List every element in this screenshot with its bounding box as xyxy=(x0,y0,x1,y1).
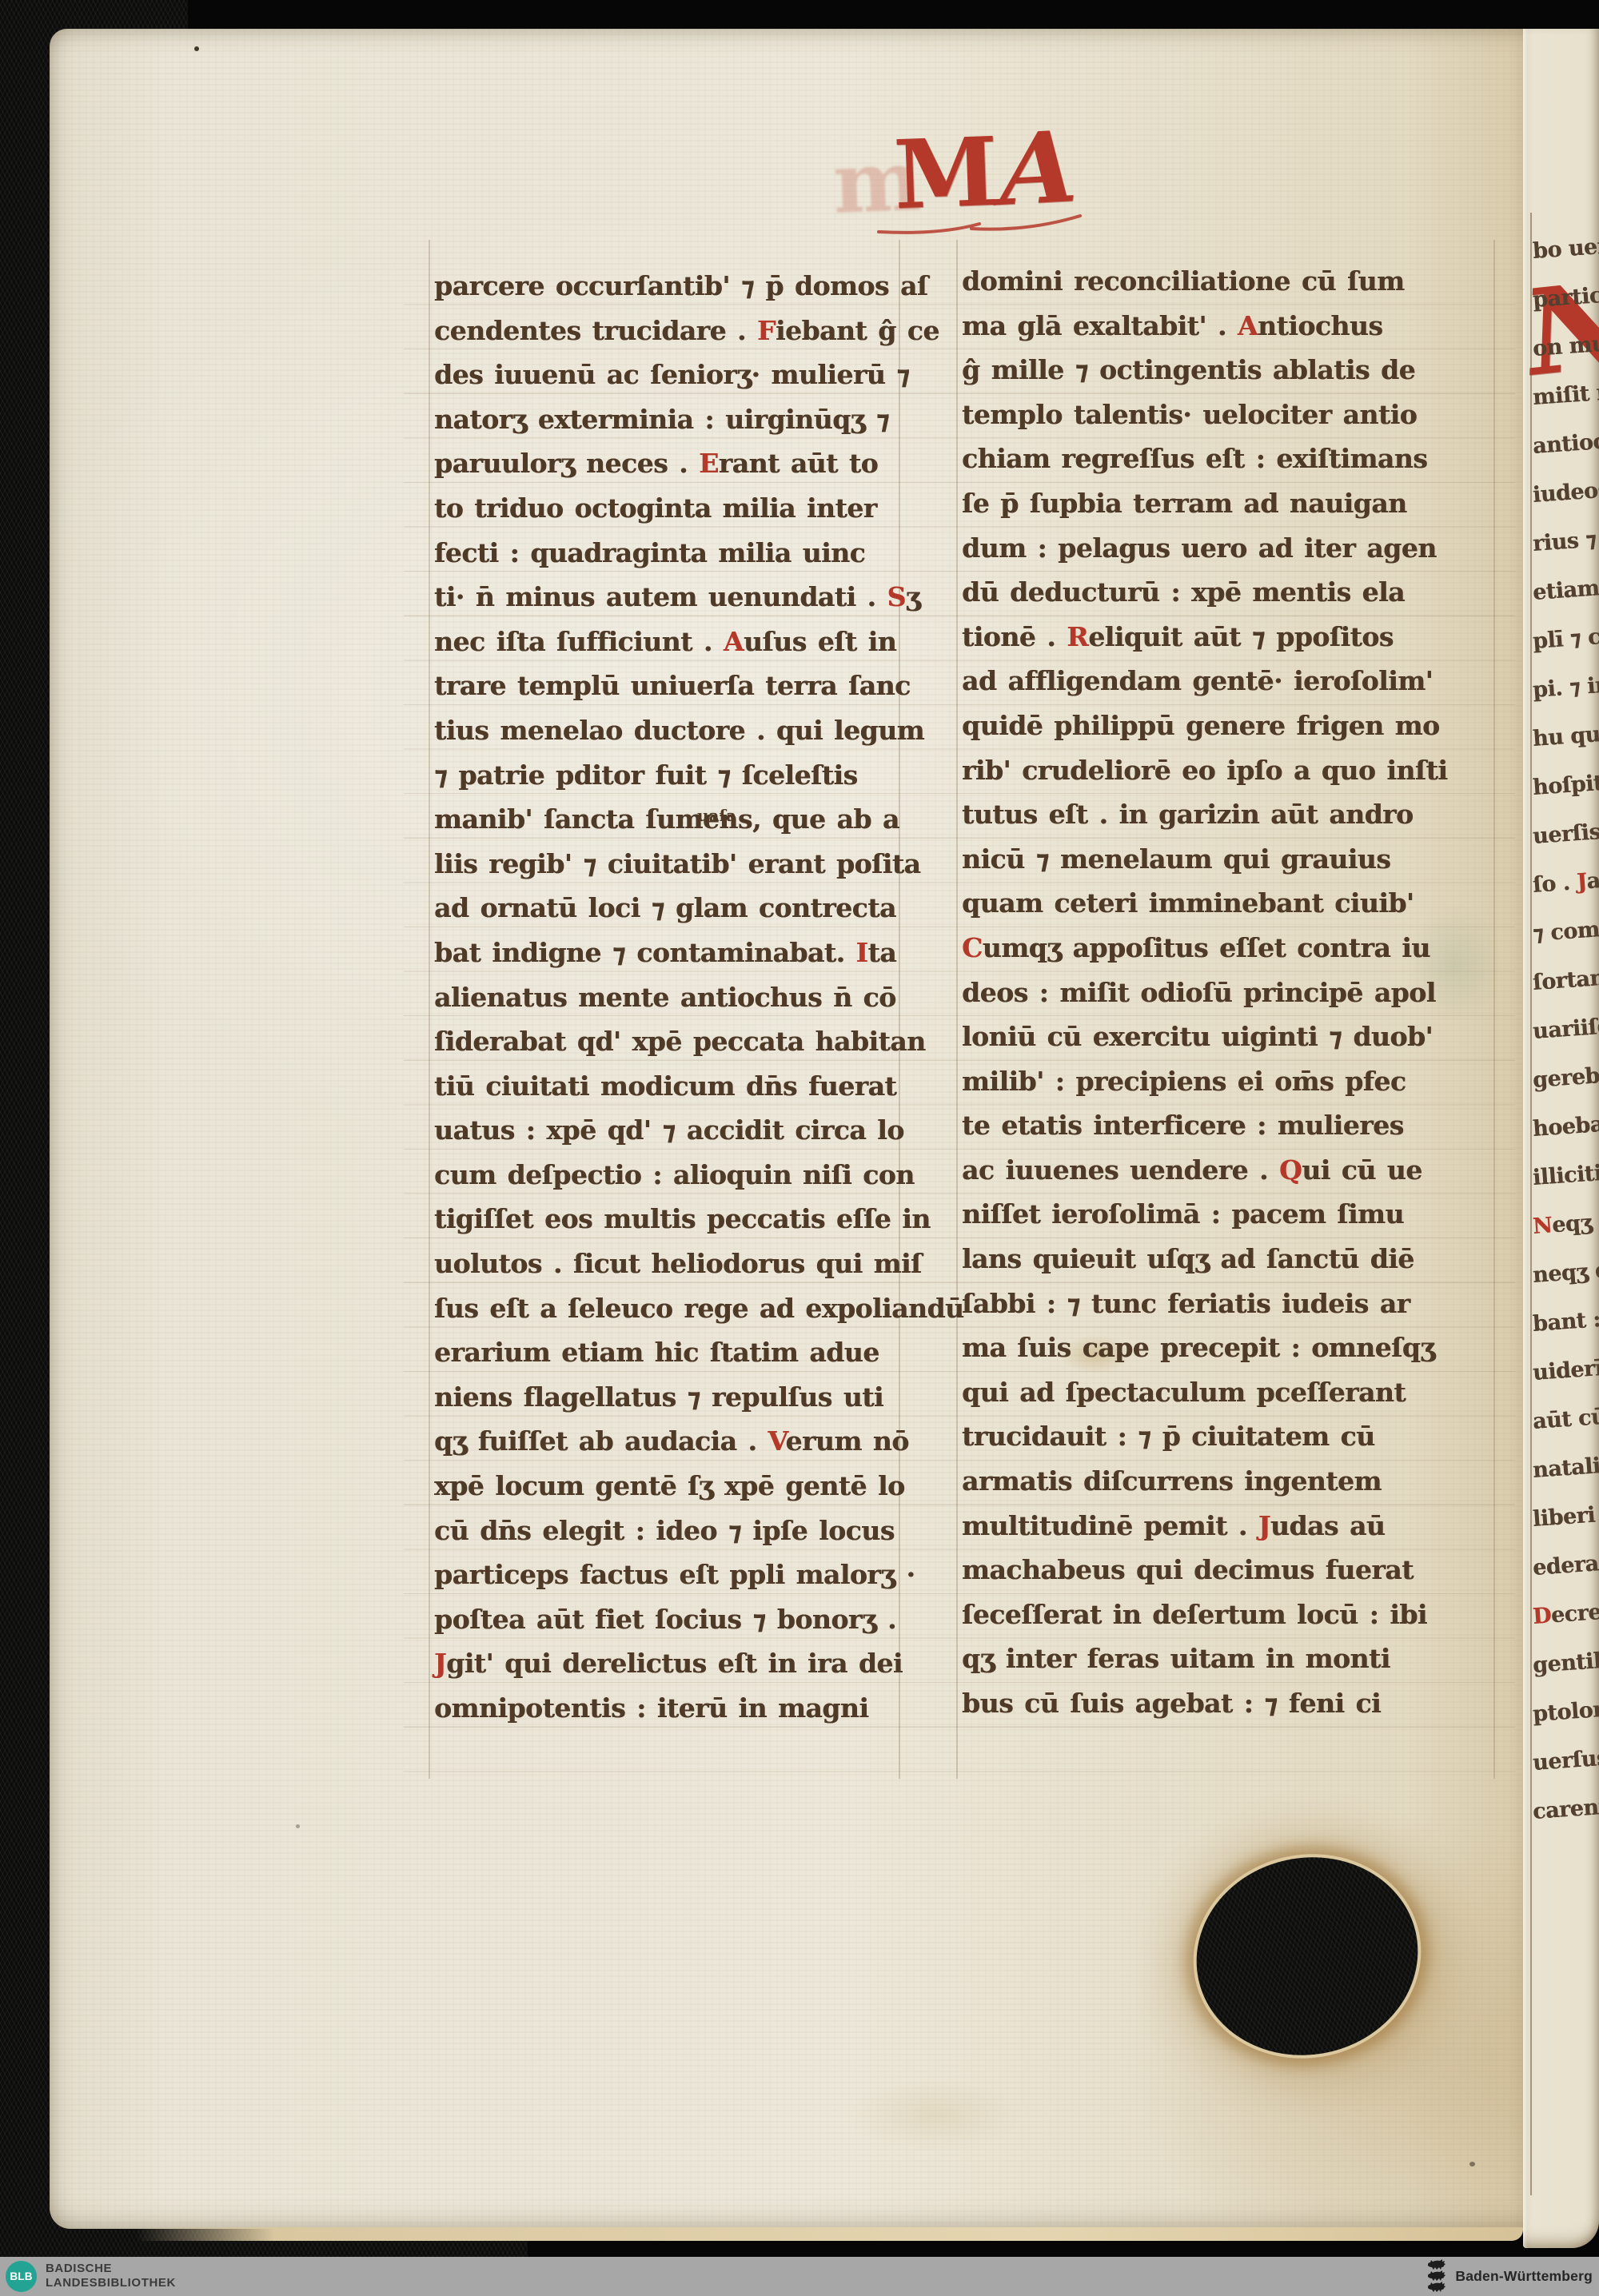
manuscript-line: quidē philippū genere frigen mo xyxy=(962,704,1496,748)
manuscript-line: hu qui locū in xyxy=(1531,707,1599,763)
footer-bar: BLB BADISCHE LANDESBIBLIOTHEK Baden-Würt… xyxy=(0,2257,1599,2296)
manuscript-line: particeps factus eſt ppli malorʒ · xyxy=(434,1553,958,1597)
manuscript-line: ⁊ patrie pditor fuit ⁊ ſceleſtis xyxy=(434,753,958,798)
fore-edge-next-folio: N bo ueſcentesparticipes eſ on mult miſi… xyxy=(1523,29,1599,2248)
manuscript-line: niſſet ieroſolimā : pacem ſimu xyxy=(962,1192,1496,1237)
manuscript-line: liis regib' ⁊ ciuitatib' erant poſita xyxy=(434,842,958,887)
manuscript-line: parcere occurſantib' ⁊ p̄ domos aſ xyxy=(434,264,958,309)
rubricated-initial: C xyxy=(962,932,983,963)
manuscript-line: Decretum aū xyxy=(1531,1584,1599,1641)
manuscript-line: ſabbi : ⁊ tunc feriatis iudeis ar xyxy=(962,1282,1496,1326)
manuscript-line: dum : pelagus uero ad iter agen xyxy=(962,526,1496,571)
manuscript-line: natalis regis xyxy=(1531,1438,1599,1495)
manuscript-line: tionē . Reliquit aūt ⁊ ppoſitos xyxy=(962,615,1496,660)
manuscript-line: ſortantur cū xyxy=(1531,951,1599,1007)
manuscript-line: ad ornatū loci ⁊ glam contrecta xyxy=(434,886,958,931)
blb-logo: BLB xyxy=(6,2261,37,2292)
manuscript-line: tigiſſet eos multis peccatis eſſe in xyxy=(434,1197,958,1242)
manuscript-line: cendentes trucidare . Fiebant ĝ ce xyxy=(434,309,958,353)
manuscript-line: ſo . Jam ue xyxy=(1531,853,1599,910)
manuscript-line: ma glā exaltabit' . Antiochus xyxy=(962,304,1496,349)
digitized-manuscript-scan: m M A parcere occurſantib' ⁊ p̄ domos aſ… xyxy=(0,0,1599,2296)
manuscript-line: cū dn̄s elegit : ideo ⁊ ipſe locus xyxy=(434,1509,958,1553)
manuscript-line: ſeceſſerat in deſertum locū : ibi xyxy=(962,1592,1496,1637)
state-branding: Baden-Württemberg xyxy=(1425,2258,1593,2294)
manuscript-line: ſus eſt a ſeleuco rege ad expoliandū xyxy=(434,1286,958,1331)
manuscript-line: uariiſqʒ edib' xyxy=(1531,999,1599,1056)
manuscript-line: hoſpitalis . Pe xyxy=(1531,755,1599,812)
manuscript-line: iudeos ut ſe t xyxy=(1531,463,1599,520)
manuscript-line: chiam regreſſus eſt : exiſtimans xyxy=(962,436,1496,481)
manuscript-line: antiochenū . xyxy=(1531,414,1599,471)
manuscript-line: rius ⁊ dei leg xyxy=(1531,512,1599,568)
manuscript-line: multitudinē pemit . Judas aū xyxy=(962,1504,1496,1549)
running-title-letter-a: A xyxy=(991,118,1085,221)
blb-logo-text: BLB xyxy=(10,2270,32,2282)
manuscript-line: qui ad ſpectaculum pceſſerant xyxy=(962,1370,1496,1415)
manuscript-line: neqʒ dies ſollen xyxy=(1531,1243,1599,1300)
manuscript-line: etiam qd in xyxy=(1531,560,1599,617)
manuscript-line: domini reconciliatione cū ſum xyxy=(962,259,1496,304)
manuscript-line: tutus eſt . in garizin aūt andro xyxy=(962,792,1496,837)
rubricated-initial: N xyxy=(1532,1213,1553,1239)
rubricated-initial: Q xyxy=(1279,1154,1302,1186)
rubricated-initial: R xyxy=(1067,621,1088,652)
rubricated-initial: A xyxy=(724,626,744,657)
manuscript-line: gerebant: int xyxy=(1531,1048,1599,1105)
rubricated-initial: S xyxy=(887,581,905,612)
manuscript-line: trucidauit : ⁊ p̄ ciuitatem cū xyxy=(962,1414,1496,1459)
rubricated-initial: D xyxy=(1532,1603,1552,1629)
manuscript-line: tius menelao ductore . qui legum xyxy=(434,708,958,753)
manuscript-line: ſe p̄ ſupbia terram ad nauigan xyxy=(962,481,1496,526)
manuscript-line: Jgit' qui derelictus eſt in ira dei xyxy=(434,1641,958,1686)
manuscript-line: qʒ inter feras uitam in monti xyxy=(962,1636,1496,1681)
manuscript-line: uatus : xpē qd' ⁊ accidit circa lo xyxy=(434,1108,958,1153)
manuscript-line: ma ſuis cape precepit : omneſqʒ xyxy=(962,1325,1496,1370)
manuscript-line: alienatus mente antiochus n̄ cō xyxy=(434,975,958,1020)
manuscript-line: rib' crudeliorē eo ipſo a quo inſti xyxy=(962,748,1496,793)
manuscript-line: uiderī eſſe con xyxy=(1531,1341,1599,1397)
manuscript-line: carent : eos aūt xyxy=(1531,1780,1599,1836)
manuscript-line: te etatis interficere : mulieres xyxy=(962,1103,1496,1148)
manuscript-line: on mult xyxy=(1531,317,1599,373)
edge-text-column: bo ueſcentesparticipes eſ on mult miſit … xyxy=(1533,227,1599,1836)
manuscript-line: qʒ fuiſſet ab audacia . Verum nō xyxy=(434,1419,958,1464)
manuscript-column-right: domini reconciliatione cū ſumma glā exal… xyxy=(962,259,1496,1726)
manuscript-line: ti· n̄ minus autem uenundati . Sʒ xyxy=(434,575,958,620)
manuscript-line: erarium etiam hic ſtatim adue xyxy=(434,1330,958,1375)
manuscript-line: milib' : precipiens ei om̄s pfec xyxy=(962,1059,1496,1104)
manuscript-line: armatis diſcurrens ingentem xyxy=(962,1459,1496,1504)
manuscript-line: illicitis: que l xyxy=(1531,1146,1599,1202)
manuscript-line: ac iuuenes uendere . Qui cū ue xyxy=(962,1148,1496,1193)
manuscript-line: trare templū uniuerſa terra ſanc xyxy=(434,664,958,708)
manuscript-line: quam ceteri imminebant ciuib' xyxy=(962,881,1496,926)
manuscript-line: fecti : quadraginta milia uinc xyxy=(434,531,958,576)
manuscript-line: bat indigne ⁊ contaminabat. Ita xyxy=(434,931,958,975)
rubricated-initial: J xyxy=(1258,1510,1270,1541)
rubricated-initial: E xyxy=(699,448,719,479)
manuscript-line: lans quieuit uſqʒ ad ſanctū diē xyxy=(962,1237,1496,1282)
manuscript-line: ad affligendam gentē· ieroſolim' xyxy=(962,659,1496,704)
top-black-band xyxy=(188,0,1599,29)
manuscript-line: dū deducturū : xpē mentis ela xyxy=(962,570,1496,615)
manuscript-line: des iuuenū ac ſeniorʒ· mulierū ⁊ xyxy=(434,353,958,397)
manuscript-column-left: parcere occurſantib' ⁊ p̄ domos aſcenden… xyxy=(434,264,958,1731)
page-bottom-edge xyxy=(136,2227,1523,2241)
manuscript-line: nec iſta ſufficiunt . Auſus eſt in xyxy=(434,620,958,664)
manuscript-line: cum deſpectio : alioquin niſi con xyxy=(434,1153,958,1198)
rubricated-initial: F xyxy=(757,315,776,346)
manuscript-line: paruulorʒ neces . Erant aūt to xyxy=(434,441,958,486)
manuscript-line: Neqʒ enī ſabb xyxy=(1531,1194,1599,1251)
manuscript-line: tiū ciuitati modicum dn̄s fuerat xyxy=(434,1064,958,1109)
rubricated-initial: V xyxy=(768,1425,785,1457)
manuscript-line: omnipotentis : iterū in magni xyxy=(434,1686,958,1731)
manuscript-line: bus cū ſuis agebat : ⁊ feni ci xyxy=(962,1681,1496,1726)
manuscript-line: ſiderabat qd' xpē peccata habitan xyxy=(434,1019,958,1064)
manuscript-line: aūt cū amara xyxy=(1531,1389,1599,1446)
library-name: BADISCHE LANDESBIBLIOTHEK xyxy=(46,2262,176,2290)
manuscript-line: participes eſ xyxy=(1531,268,1599,325)
manuscript-line: miſit rēg xyxy=(1531,365,1599,422)
manuscript-line: uerſus iudeos q xyxy=(1531,1731,1599,1788)
manuscript-line: bant : nec ſim xyxy=(1531,1292,1599,1349)
manuscript-line: gentiliū ciuit xyxy=(1531,1633,1599,1690)
manuscript-line: niens flagellatus ⁊ repulſus uti xyxy=(434,1375,958,1420)
manuscript-line: hoebat . Altari xyxy=(1531,1097,1599,1154)
rubricated-initial: J xyxy=(434,1648,446,1679)
manuscript-line: loniū cū exercitu uiginti ⁊ duob' xyxy=(962,1014,1496,1059)
manuscript-line: edera coron xyxy=(1531,1536,1599,1592)
manuscript-line: xpē locum gentē ſʒ xpē gentē lo xyxy=(434,1464,958,1509)
interlinear-correction: uaſa xyxy=(697,806,736,825)
manuscript-line: uolutos . ſicut heliodorus qui miſ xyxy=(434,1242,958,1286)
manuscript-line: manib' ſancta ſumens, que ab a xyxy=(434,797,958,842)
manuscript-line: to triduo octoginta milia inter xyxy=(434,486,958,531)
manuscript-line: ptolomeis. ut xyxy=(1531,1682,1599,1739)
library-name-line2: LANDESBIBLIOTHEK xyxy=(46,2276,176,2290)
state-name: Baden-Württemberg xyxy=(1455,2268,1593,2285)
manuscript-line: bo ueſcentes xyxy=(1531,219,1599,276)
manuscript-line: deos : miſit odioſū principē apol xyxy=(962,971,1496,1015)
manuscript-line: pi. ⁊ in gar xyxy=(1531,658,1599,715)
manuscript-line: plī ⁊ cognom xyxy=(1531,609,1599,666)
running-title-letter-m: M xyxy=(892,125,1000,222)
manuscript-line: uerſis grauis xyxy=(1531,804,1599,861)
manuscript-line: nicū ⁊ menelaum qui grauius xyxy=(962,837,1496,882)
rubricated-initial: I xyxy=(856,937,868,968)
manuscript-line: ⁊ comeſſation xyxy=(1531,902,1599,959)
manuscript-line: ĝ mille ⁊ octingentis ablatis de xyxy=(962,348,1496,393)
manuscript-line: poſtea aūt fiet ſocius ⁊ bonorʒ . xyxy=(434,1597,958,1642)
rubricated-initial: A xyxy=(1238,310,1258,341)
coat-of-arms-icon xyxy=(1425,2259,1449,2294)
manuscript-line: Cumqʒ appoſitus eſſet contra iu xyxy=(962,926,1496,971)
manuscript-line: templo talentis· uelociter antio xyxy=(962,393,1496,437)
manuscript-line: liberi ſacra co xyxy=(1531,1487,1599,1544)
library-name-line1: BADISCHE xyxy=(46,2262,176,2276)
manuscript-line: natorʒ exterminia : uirginūqʒ ⁊ xyxy=(434,397,958,442)
manuscript-line: machabeus qui decimus fuerat xyxy=(962,1548,1496,1592)
